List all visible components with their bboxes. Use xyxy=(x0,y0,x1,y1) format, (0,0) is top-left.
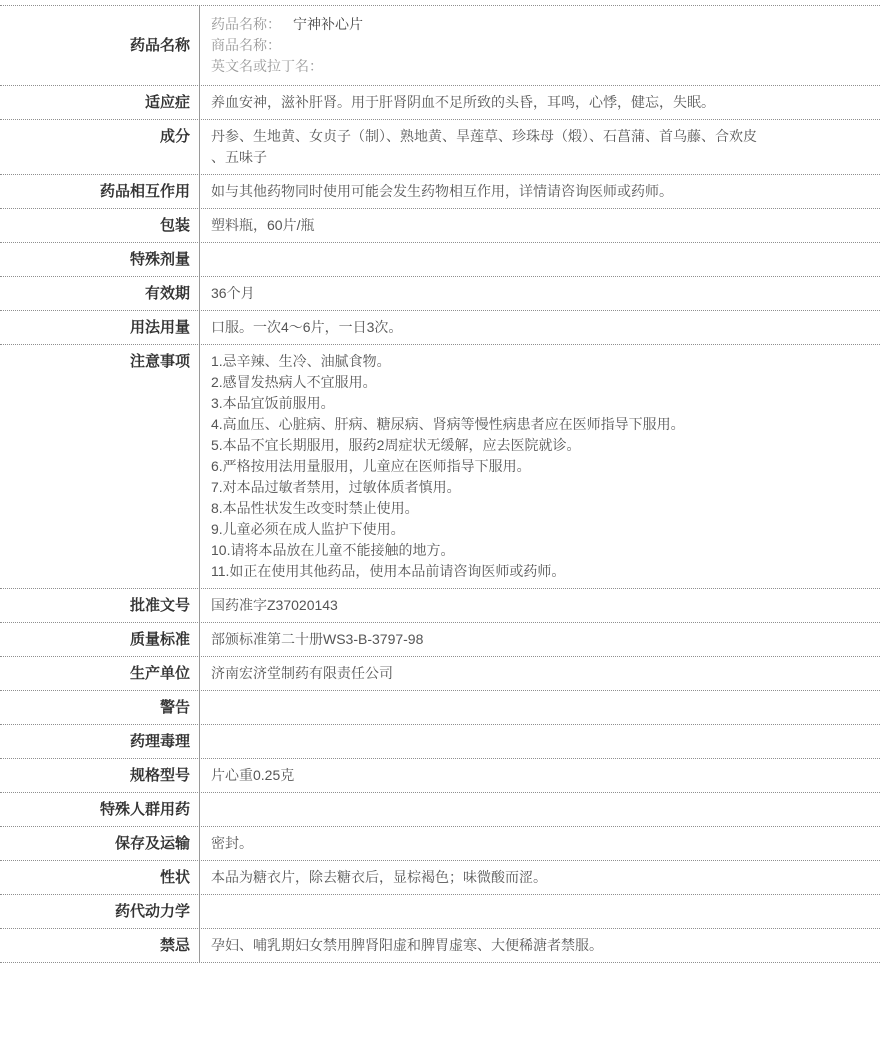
row-value-shelf-life: 36个月 xyxy=(200,277,880,310)
row-value-drug-interactions: 如与其他药物同时使用可能会发生药物相互作用，详情请咨询医师或药师。 xyxy=(200,175,880,208)
table-row-precautions: 注意事项 1.忌辛辣、生冷、油腻食物。 2.感冒发热病人不宜服用。 3.本品宜饭… xyxy=(0,345,880,589)
table-row-ingredients: 成分 丹参、生地黄、女贞子（制）、熟地黄、旱莲草、珍珠母（煅）、石菖蒲、首乌藤、… xyxy=(0,120,880,175)
field-trade-name: 商品名称： xyxy=(211,35,868,56)
field-generic-name: 药品名称：宁神补心片 xyxy=(211,14,868,35)
row-label-special-dosage: 特殊剂量 xyxy=(0,243,200,276)
row-value-ingredients: 丹参、生地黄、女贞子（制）、熟地黄、旱莲草、珍珠母（煅）、石菖蒲、首乌藤、合欢皮… xyxy=(200,120,880,174)
row-label-pharmacokinetics: 药代动力学 xyxy=(0,895,200,928)
row-label-special-populations: 特殊人群用药 xyxy=(0,793,200,826)
table-row-characteristics: 性状 本品为糖衣片，除去糖衣后，显棕褐色；味微酸而涩。 xyxy=(0,861,880,895)
table-row-drug-name: 药品名称 药品名称：宁神补心片 商品名称： 英文名或拉丁名： xyxy=(0,6,880,86)
row-value-storage-transport: 密封。 xyxy=(200,827,880,860)
row-value-precautions: 1.忌辛辣、生冷、油腻食物。 2.感冒发热病人不宜服用。 3.本品宜饭前服用。 … xyxy=(200,345,880,588)
row-label-specification: 规格型号 xyxy=(0,759,200,792)
row-value-contraindications: 孕妇、哺乳期妇女禁用脾肾阳虚和脾胃虚寒、大便稀溏者禁服。 xyxy=(200,929,880,962)
row-value-pharmacology-toxicology xyxy=(200,725,880,758)
row-value-special-dosage xyxy=(200,243,880,276)
row-value-specification: 片心重0.25克 xyxy=(200,759,880,792)
row-value-drug-name: 药品名称：宁神补心片 商品名称： 英文名或拉丁名： xyxy=(200,6,880,85)
table-row-storage-transport: 保存及运输 密封。 xyxy=(0,827,880,861)
row-label-shelf-life: 有效期 xyxy=(0,277,200,310)
drug-info-table: 药品名称 药品名称：宁神补心片 商品名称： 英文名或拉丁名： 适应症 养血安神，… xyxy=(0,5,880,963)
row-label-contraindications: 禁忌 xyxy=(0,929,200,962)
row-label-approval-number: 批准文号 xyxy=(0,589,200,622)
table-row-pharmacokinetics: 药代动力学 xyxy=(0,895,880,929)
row-label-pharmacology-toxicology: 药理毒理 xyxy=(0,725,200,758)
row-label-warning: 警告 xyxy=(0,691,200,724)
row-label-indications: 适应症 xyxy=(0,86,200,119)
field-label-latin-name: 英文名或拉丁名： xyxy=(211,58,323,74)
table-row-pharmacology-toxicology: 药理毒理 xyxy=(0,725,880,759)
field-value-generic-name: 宁神补心片 xyxy=(293,16,363,32)
row-value-quality-standard: 部颁标准第二十册WS3-B-3797-98 xyxy=(200,623,880,656)
table-row-warning: 警告 xyxy=(0,691,880,725)
table-row-dosage-usage: 用法用量 口服。一次4～6片，一日3次。 xyxy=(0,311,880,345)
row-value-special-populations xyxy=(200,793,880,826)
table-row-quality-standard: 质量标准 部颁标准第二十册WS3-B-3797-98 xyxy=(0,623,880,657)
row-label-drug-interactions: 药品相互作用 xyxy=(0,175,200,208)
field-label-generic-name: 药品名称： xyxy=(211,16,281,32)
row-label-precautions: 注意事项 xyxy=(0,345,200,588)
row-label-dosage-usage: 用法用量 xyxy=(0,311,200,344)
table-row-special-populations: 特殊人群用药 xyxy=(0,793,880,827)
row-label-manufacturer: 生产单位 xyxy=(0,657,200,690)
row-value-approval-number: 国药准字Z37020143 xyxy=(200,589,880,622)
table-row-drug-interactions: 药品相互作用 如与其他药物同时使用可能会发生药物相互作用，详情请咨询医师或药师。 xyxy=(0,175,880,209)
row-label-quality-standard: 质量标准 xyxy=(0,623,200,656)
table-row-shelf-life: 有效期 36个月 xyxy=(0,277,880,311)
row-value-warning xyxy=(200,691,880,724)
row-value-manufacturer: 济南宏济堂制药有限责任公司 xyxy=(200,657,880,690)
row-value-indications: 养血安神，滋补肝肾。用于肝肾阴血不足所致的头昏，耳鸣，心悸，健忘，失眠。 xyxy=(200,86,880,119)
row-label-characteristics: 性状 xyxy=(0,861,200,894)
field-latin-name: 英文名或拉丁名： xyxy=(211,56,868,77)
table-row-special-dosage: 特殊剂量 xyxy=(0,243,880,277)
table-row-contraindications: 禁忌 孕妇、哺乳期妇女禁用脾肾阳虚和脾胃虚寒、大便稀溏者禁服。 xyxy=(0,929,880,963)
table-row-manufacturer: 生产单位 济南宏济堂制药有限责任公司 xyxy=(0,657,880,691)
row-label-storage-transport: 保存及运输 xyxy=(0,827,200,860)
row-value-packaging: 塑料瓶，60片/瓶 xyxy=(200,209,880,242)
row-value-pharmacokinetics xyxy=(200,895,880,928)
row-label-ingredients: 成分 xyxy=(0,120,200,174)
row-value-dosage-usage: 口服。一次4～6片，一日3次。 xyxy=(200,311,880,344)
row-label-packaging: 包装 xyxy=(0,209,200,242)
field-label-trade-name: 商品名称： xyxy=(211,37,281,53)
row-value-characteristics: 本品为糖衣片，除去糖衣后，显棕褐色；味微酸而涩。 xyxy=(200,861,880,894)
table-row-approval-number: 批准文号 国药准字Z37020143 xyxy=(0,589,880,623)
table-row-packaging: 包装 塑料瓶，60片/瓶 xyxy=(0,209,880,243)
row-label-drug-name: 药品名称 xyxy=(0,6,200,85)
table-row-indications: 适应症 养血安神，滋补肝肾。用于肝肾阴血不足所致的头昏，耳鸣，心悸，健忘，失眠。 xyxy=(0,86,880,120)
table-row-specification: 规格型号 片心重0.25克 xyxy=(0,759,880,793)
